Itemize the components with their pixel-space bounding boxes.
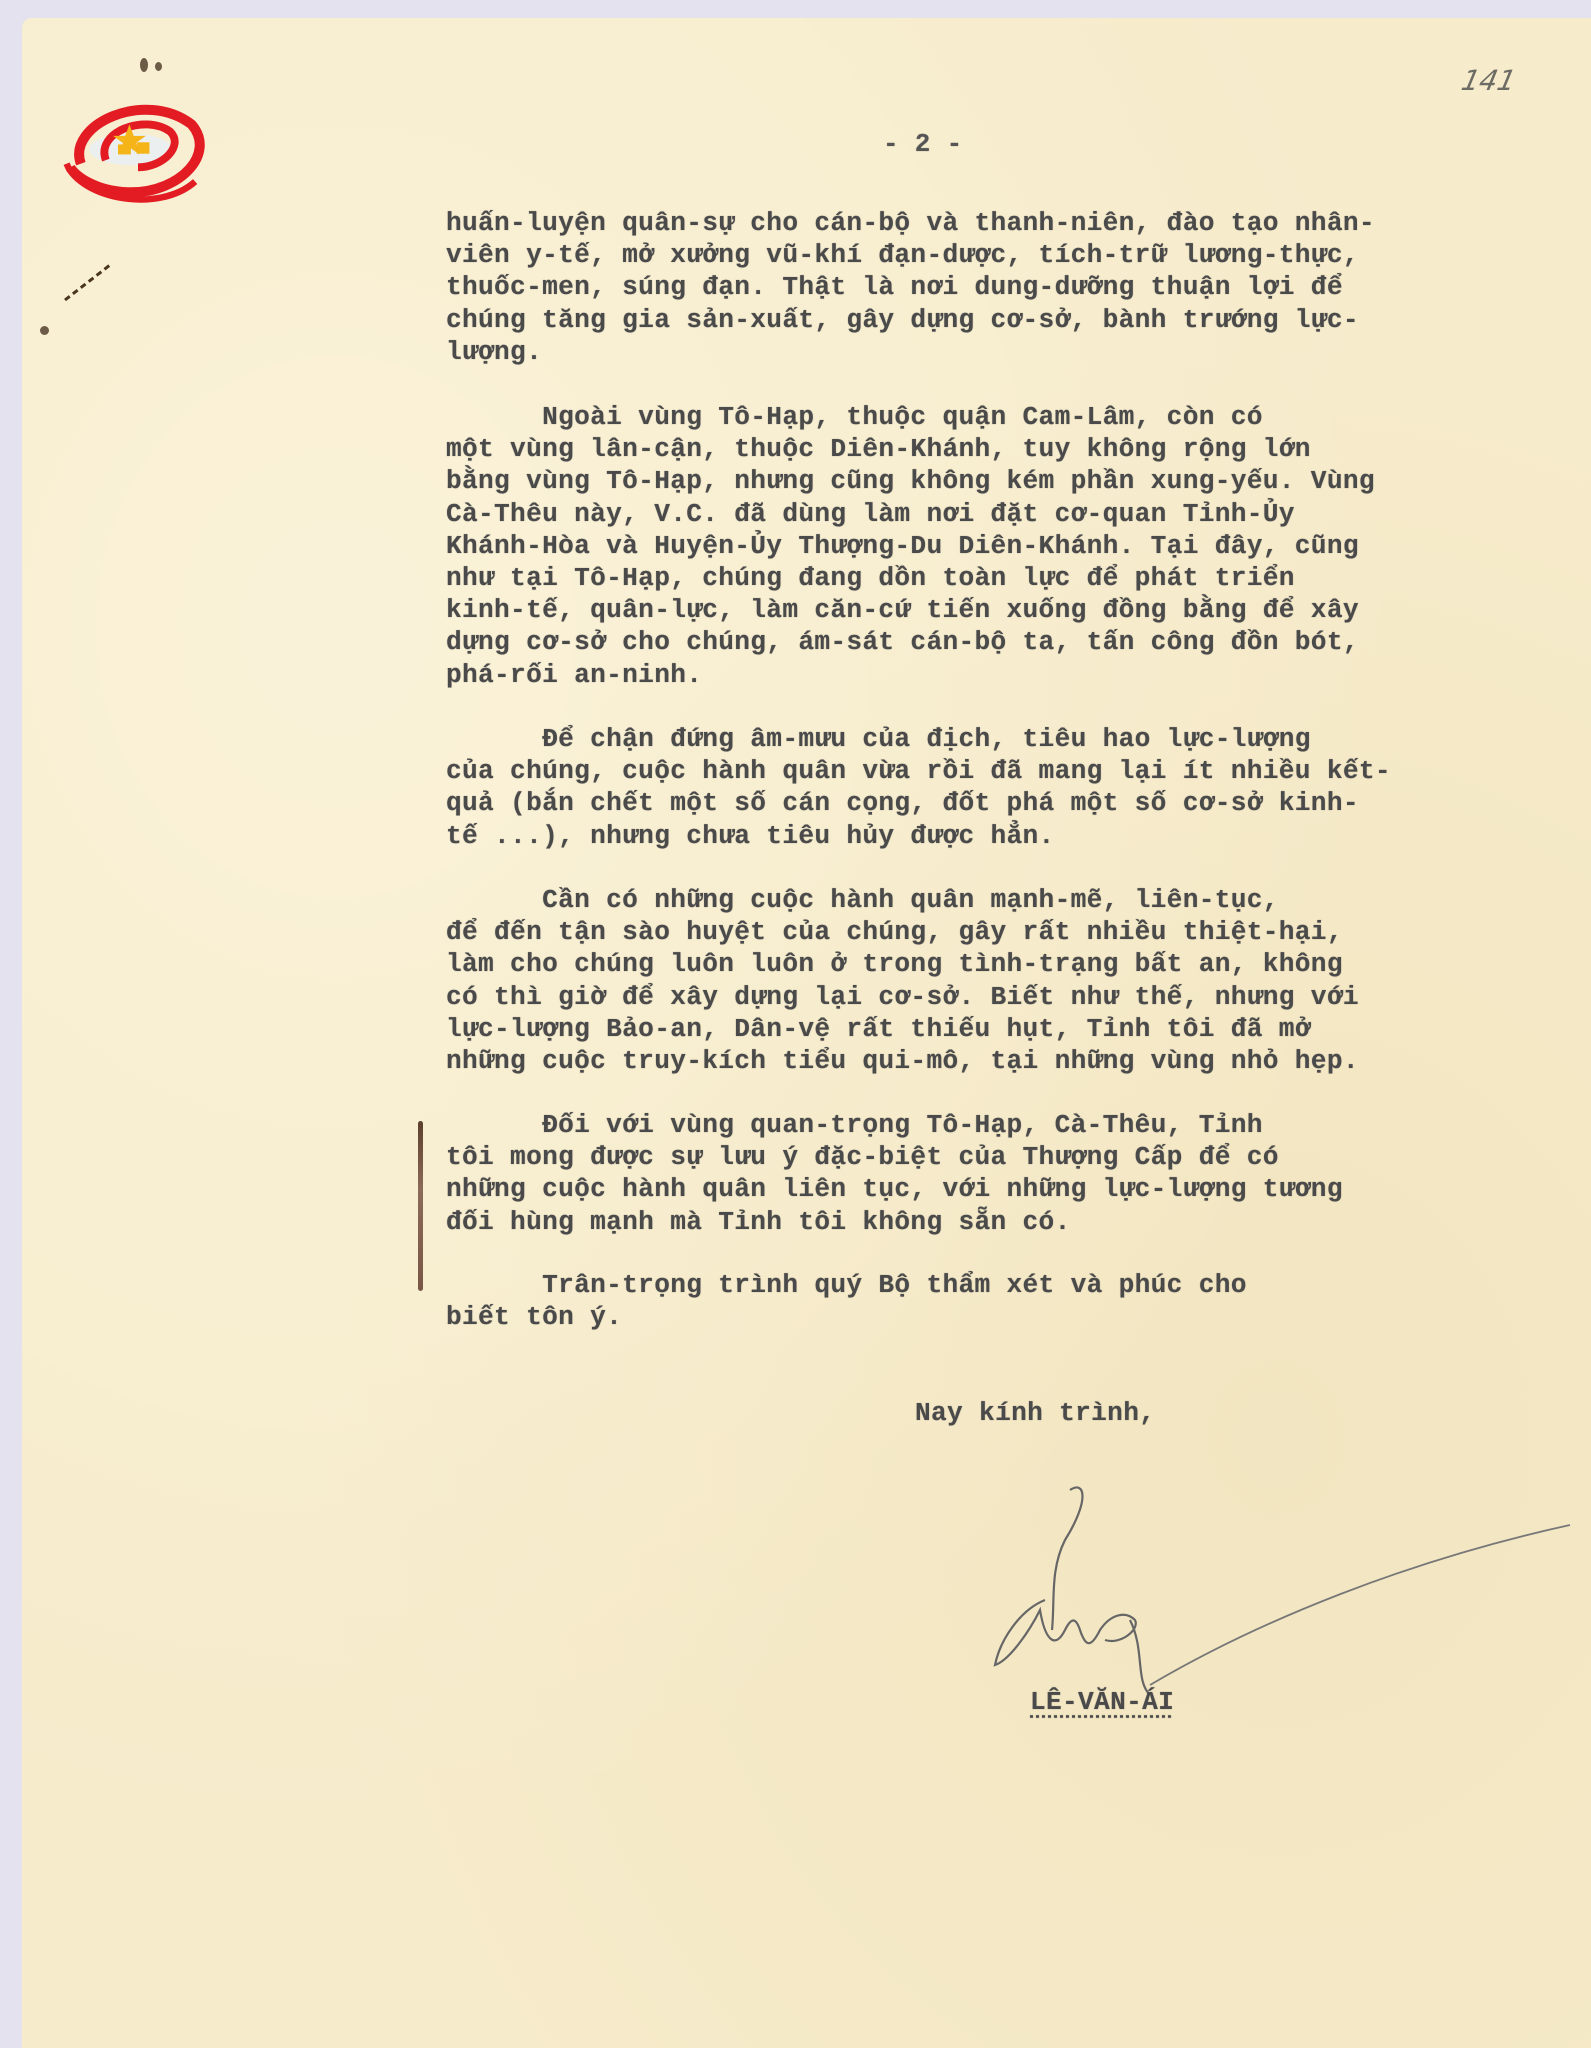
archive-number: 141 xyxy=(1458,64,1518,97)
ink-streak xyxy=(60,260,120,310)
margin-mark xyxy=(418,1121,423,1291)
burn-mark xyxy=(155,62,162,71)
paragraph-3: Để chận đứng âm-mưu của địch, tiêu hao l… xyxy=(446,723,1576,852)
paragraph-2: Ngoài vùng Tô-Hạp, thuộc quận Cam-Lâm, c… xyxy=(446,401,1576,691)
signer-name: LÊ-VĂN-ÁI xyxy=(1030,1686,1174,1718)
paragraph-1: huấn-luyện quân-sự cho cán-bộ và thanh-n… xyxy=(446,207,1576,368)
closing-phrase: Nay kính trình, xyxy=(915,1397,1155,1429)
page-number: - 2 - xyxy=(883,128,963,160)
burn-mark xyxy=(140,58,148,72)
handwritten-signature xyxy=(960,1480,1580,1700)
paragraph-4: Cần có những cuộc hành quân mạnh-mẽ, liê… xyxy=(446,884,1576,1077)
paragraph-6: Trân-trọng trình quý Bộ thẩm xét và phúc… xyxy=(446,1269,1576,1333)
archive-emblem-icon xyxy=(38,68,238,238)
paragraph-5: Đối với vùng quan-trọng Tô-Hạp, Cà-Thêu,… xyxy=(446,1109,1576,1238)
ink-spot xyxy=(40,326,49,335)
